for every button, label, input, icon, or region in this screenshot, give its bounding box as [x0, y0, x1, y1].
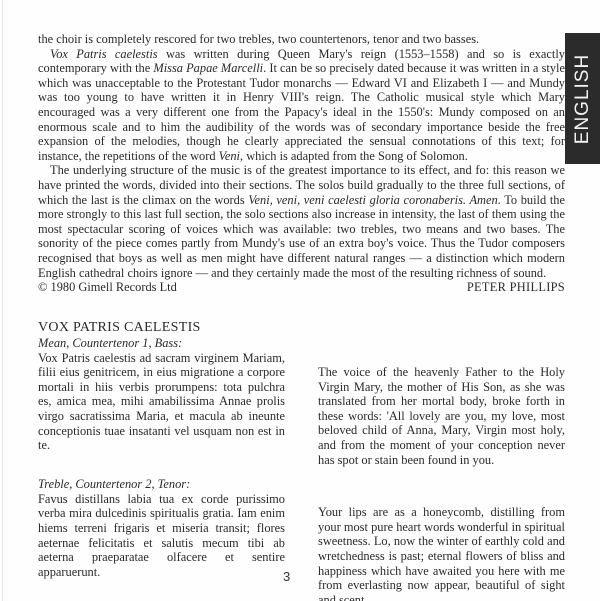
author-signature: PETER PHILLIPS	[467, 280, 565, 295]
sung-texts: VOX PATRIS CAELESTIS Mean, Countertenor …	[38, 319, 565, 601]
language-tab-label: ENGLISH	[572, 53, 594, 143]
piece-title: VOX PATRIS CAELESTIS	[38, 319, 565, 336]
work-title-italic: Vox Patris caelestis	[50, 47, 158, 61]
voicing-label: Treble, Countertenor 2, Tenor:	[38, 477, 285, 492]
page-number: 3	[283, 569, 290, 584]
latin-column: Treble, Countertenor 2, Tenor: Favus dis…	[38, 477, 285, 601]
veni-italic: Veni	[219, 149, 240, 163]
language-tab: ENGLISH	[565, 33, 600, 164]
latin-text: Favus distillans labia tua ex corde puri…	[38, 492, 285, 580]
essay-text: the choir is completely rescored for two…	[38, 32, 479, 46]
signature-row: © 1980 Gimell Records Ltd PETER PHILLIPS	[38, 280, 565, 295]
latin-column: Mean, Countertenor 1, Bass: Vox Patris c…	[38, 336, 285, 467]
essay-body: the choir is completely rescored for two…	[38, 32, 565, 295]
voicing-label: Mean, Countertenor 1, Bass:	[38, 336, 285, 351]
translation-column: The voice of the heavenly Father to the …	[318, 336, 565, 467]
essay-text: , which is adapted from the Song of Solo…	[240, 149, 468, 163]
climax-words-italic: Veni, veni, veni caelesti gloria coronab…	[248, 193, 497, 207]
text-section: Mean, Countertenor 1, Bass: Vox Patris c…	[38, 336, 565, 467]
translation-column: Your lips are as a honeycomb, distilling…	[318, 477, 565, 601]
mass-title-italic: Missa Papae Marcelli	[153, 61, 263, 75]
latin-text: Vox Patris caelestis ad sacram virginem …	[38, 351, 285, 453]
english-translation: Your lips are as a honeycomb, distilling…	[318, 505, 565, 601]
text-section: Treble, Countertenor 2, Tenor: Favus dis…	[38, 477, 565, 601]
essay-paragraph: Vox Patris caelestis was written during …	[38, 47, 565, 164]
copyright-notice: © 1980 Gimell Records Ltd	[38, 280, 177, 295]
essay-text: . It can be so precisely dated because i…	[38, 61, 565, 163]
essay-paragraph: The underlying structure of the music is…	[38, 163, 565, 280]
booklet-page: ENGLISH the choir is completely rescored…	[0, 0, 600, 601]
english-translation: The voice of the heavenly Father to the …	[318, 365, 565, 467]
essay-paragraph: the choir is completely rescored for two…	[38, 32, 565, 47]
page-edge-line	[2, 0, 3, 601]
